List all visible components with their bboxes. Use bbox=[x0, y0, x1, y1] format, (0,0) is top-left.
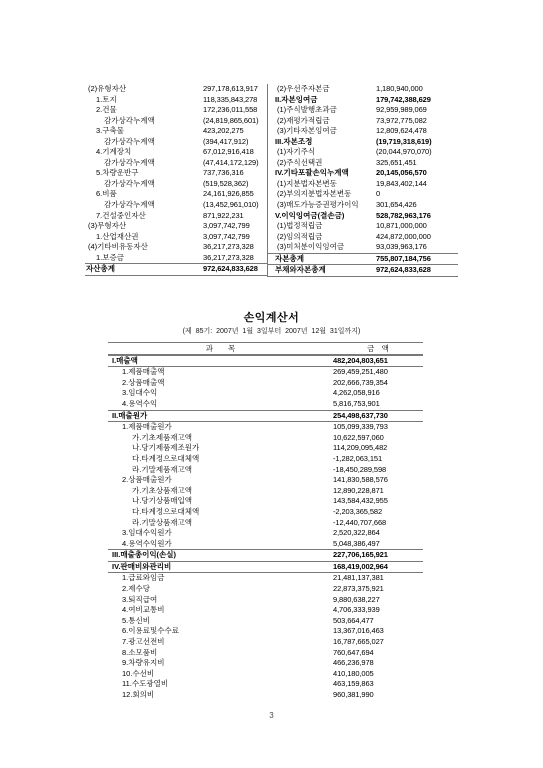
assets-account-label: 6.비품 bbox=[85, 189, 203, 200]
equity-row: (1)주식발행초과금92,959,989,069 bbox=[268, 105, 458, 116]
equity-amount: 93,039,963,176 bbox=[376, 242, 458, 253]
equity-row: (3)기타자본잉여금12,809,624,478 bbox=[268, 126, 458, 137]
income-amount: 202,666,739,354 bbox=[333, 378, 423, 389]
income-account-label: 2.제수당 bbox=[108, 584, 333, 595]
income-account-label: 5.통신비 bbox=[108, 616, 333, 627]
income-account-label: 다.타계정으로대체액 bbox=[108, 454, 333, 465]
income-statement-title: 손익계산서 bbox=[0, 309, 543, 325]
column-header-amount: 금 액 bbox=[333, 343, 423, 354]
assets-row: 3.구축물423,202,275 bbox=[85, 126, 267, 137]
income-amount: 466,236,978 bbox=[333, 658, 423, 669]
income-account-label: 10.수선비 bbox=[108, 669, 333, 680]
income-row: 9.차량유지비466,236,978 bbox=[108, 658, 423, 669]
assets-row: 5.차량운반구737,736,316 bbox=[85, 168, 267, 179]
assets-amount: 297,178,613,917 bbox=[203, 84, 267, 95]
equity-account-label: (1)자기주식 bbox=[274, 147, 376, 158]
equity-amount: 325,651,451 bbox=[376, 158, 458, 169]
equity-row: 부채와자본총계972,624,833,628 bbox=[268, 264, 458, 277]
income-statement-table: 과 목 금 액 I.매출액482,204,803,6511.제품매출액269,4… bbox=[108, 342, 423, 701]
equity-account-label: (2)부의지분법자본변동 bbox=[274, 189, 376, 200]
assets-row: 2.건물172,236,011,558 bbox=[85, 105, 267, 116]
assets-account-label: (2)유형자산 bbox=[85, 84, 203, 95]
assets-amount: (519,528,362) bbox=[203, 179, 267, 190]
income-amount: -1,282,063,151 bbox=[333, 454, 423, 465]
assets-account-label: 감가상각누계액 bbox=[85, 137, 203, 148]
income-amount: 269,459,251,480 bbox=[333, 367, 423, 378]
equity-account-label: 자본총계 bbox=[274, 254, 376, 265]
equity-row: (1)자기주식(20,044,970,070) bbox=[268, 147, 458, 158]
income-account-label: 2.상품매출원가 bbox=[108, 475, 333, 486]
income-row: 2.상품매출원가141,830,588,576 bbox=[108, 475, 423, 486]
assets-amount: 972,624,833,628 bbox=[203, 264, 267, 275]
assets-account-label: (4)기타비유동자산 bbox=[85, 242, 203, 253]
equity-amount: 755,807,184,756 bbox=[376, 254, 458, 265]
assets-row: 1.토지118,335,843,278 bbox=[85, 95, 267, 106]
income-row: 3.임대수익4,262,058,916 bbox=[108, 388, 423, 399]
income-account-label: III.매출총이익(손실) bbox=[108, 550, 333, 561]
equity-account-label: (2)임의적립금 bbox=[274, 232, 376, 243]
income-account-label: 8.소모품비 bbox=[108, 648, 333, 659]
equity-amount: 424,872,000,000 bbox=[376, 232, 458, 243]
income-row: 5.통신비503,664,477 bbox=[108, 616, 423, 627]
assets-amount: (24,819,865,601) bbox=[203, 116, 267, 127]
assets-row: 감가상각누계액(519,528,362) bbox=[85, 179, 267, 190]
assets-amount: 737,736,316 bbox=[203, 168, 267, 179]
income-account-label: I.매출액 bbox=[108, 356, 333, 367]
column-header-subject: 과 목 bbox=[108, 343, 333, 354]
equity-row: II.자본잉여금179,742,388,629 bbox=[268, 95, 458, 106]
assets-account-label: 1.산업재산권 bbox=[85, 232, 203, 243]
page-number: 3 bbox=[0, 711, 543, 720]
income-account-label: 11.수도광열비 bbox=[108, 679, 333, 690]
income-amount: -12,440,707,668 bbox=[333, 518, 423, 529]
income-account-label: 나.당기상품매입액 bbox=[108, 496, 333, 507]
income-amount: 143,584,432,955 bbox=[333, 496, 423, 507]
income-row: 7.광고선전비16,787,665,027 bbox=[108, 637, 423, 648]
income-amount: 141,830,588,576 bbox=[333, 475, 423, 486]
equity-account-label: (3)미처분이익잉여금 bbox=[274, 242, 376, 253]
income-account-label: 가.기초상품재고액 bbox=[108, 486, 333, 497]
income-account-label: 1.제품매출원가 bbox=[108, 422, 333, 433]
income-amount: 21,481,137,381 bbox=[333, 573, 423, 584]
balance-sheet-equity-column: (2)우선주자본금1,180,940,000II.자본잉여금179,742,38… bbox=[268, 84, 458, 277]
assets-account-label: 감가상각누계액 bbox=[85, 116, 203, 127]
assets-row: 자산총계972,624,833,628 bbox=[85, 263, 267, 276]
assets-amount: 67,012,916,418 bbox=[203, 147, 267, 158]
equity-amount: 179,742,388,629 bbox=[376, 95, 458, 106]
equity-amount: 73,972,775,082 bbox=[376, 116, 458, 127]
income-amount: 105,099,339,793 bbox=[333, 422, 423, 433]
income-amount: 410,180,005 bbox=[333, 669, 423, 680]
income-account-label: 4.용역수익 bbox=[108, 399, 333, 410]
assets-account-label: 3.구축물 bbox=[85, 126, 203, 137]
equity-amount: 12,809,624,478 bbox=[376, 126, 458, 137]
equity-amount: 92,959,989,069 bbox=[376, 105, 458, 116]
income-row: 가.기초상품재고액12,890,228,871 bbox=[108, 486, 423, 497]
equity-account-label: (2)우선주자본금 bbox=[274, 84, 376, 95]
equity-amount: 1,180,940,000 bbox=[376, 84, 458, 95]
income-account-label: 나.당기제품제조원가 bbox=[108, 443, 333, 454]
income-account-label: 라.기말제품재고액 bbox=[108, 465, 333, 476]
income-row: 3.임대수익원가2,520,322,864 bbox=[108, 528, 423, 539]
income-statement-period: (제 85기: 2007년 1월 3일부터 2007년 12월 31일까지) bbox=[0, 326, 543, 336]
income-row: 가.기초제품재고액10,622,597,060 bbox=[108, 433, 423, 444]
income-amount: 463,159,863 bbox=[333, 679, 423, 690]
income-amount: 12,890,228,871 bbox=[333, 486, 423, 497]
income-row: 4.용역수익원가5,048,386,497 bbox=[108, 539, 423, 550]
assets-row: 4.기계장치67,012,916,418 bbox=[85, 147, 267, 158]
assets-row: 감가상각누계액(24,819,865,601) bbox=[85, 116, 267, 127]
income-account-label: 2.상품매출액 bbox=[108, 378, 333, 389]
assets-amount: 36,217,273,328 bbox=[203, 242, 267, 253]
income-amount: 2,520,322,864 bbox=[333, 528, 423, 539]
income-amount: 16,787,665,027 bbox=[333, 637, 423, 648]
equity-amount: 972,624,833,628 bbox=[376, 265, 458, 276]
income-row: 2.상품매출액202,666,739,354 bbox=[108, 378, 423, 389]
income-amount: 227,706,165,921 bbox=[333, 550, 423, 561]
income-row: 라.기말상품재고액-12,440,707,668 bbox=[108, 518, 423, 529]
income-amount: 760,647,694 bbox=[333, 648, 423, 659]
equity-row: (2)주식선택권325,651,451 bbox=[268, 158, 458, 169]
income-row: 1.급료와임금21,481,137,381 bbox=[108, 572, 423, 584]
income-row: 다.타계정으로대체액-1,282,063,151 bbox=[108, 454, 423, 465]
assets-amount: 24,161,926,855 bbox=[203, 189, 267, 200]
income-row: 3.퇴직급여9,880,638,227 bbox=[108, 595, 423, 606]
assets-row: 감가상각누계액(394,417,912) bbox=[85, 137, 267, 148]
income-row: 8.소모품비760,647,694 bbox=[108, 648, 423, 659]
assets-account-label: 감가상각누계액 bbox=[85, 200, 203, 211]
equity-account-label: (3)기타자본잉여금 bbox=[274, 126, 376, 137]
equity-row: (3)매도가능증권평가이익301,654,426 bbox=[268, 200, 458, 211]
income-row: 6.이용료및수수료13,367,016,463 bbox=[108, 626, 423, 637]
income-row: 나.당기제품제조원가114,209,095,482 bbox=[108, 443, 423, 454]
income-amount: 254,498,637,730 bbox=[333, 411, 423, 422]
income-amount: 22,873,375,921 bbox=[333, 584, 423, 595]
equity-row: (2)임의적립금424,872,000,000 bbox=[268, 232, 458, 243]
equity-amount: 19,843,402,144 bbox=[376, 179, 458, 190]
assets-amount: 118,335,843,278 bbox=[203, 95, 267, 106]
assets-row: 1.보증금36,217,273,328 bbox=[85, 253, 267, 264]
assets-amount: 3,097,742,799 bbox=[203, 232, 267, 243]
equity-row: IV.기타포괄손익누계액20,145,056,570 bbox=[268, 168, 458, 179]
income-account-label: 6.이용료및수수료 bbox=[108, 626, 333, 637]
income-row: II.매출원가254,498,637,730 bbox=[108, 410, 423, 422]
income-row: 10.수선비410,180,005 bbox=[108, 669, 423, 680]
income-row: 나.당기상품매입액143,584,432,955 bbox=[108, 496, 423, 507]
income-amount: 114,209,095,482 bbox=[333, 443, 423, 454]
document-page: (2)유형자산297,178,613,9171.토지118,335,843,27… bbox=[0, 0, 543, 768]
income-account-label: 라.기말상품재고액 bbox=[108, 518, 333, 529]
equity-amount: 0 bbox=[376, 189, 458, 200]
equity-amount: (20,044,970,070) bbox=[376, 147, 458, 158]
equity-row: (3)미처분이익잉여금93,039,963,176 bbox=[268, 242, 458, 253]
income-amount: -18,450,289,598 bbox=[333, 465, 423, 476]
equity-amount: 20,145,056,570 bbox=[376, 168, 458, 179]
income-account-label: 4.용역수익원가 bbox=[108, 539, 333, 550]
income-row: I.매출액482,204,803,651 bbox=[108, 355, 423, 367]
equity-account-label: 부채와자본총계 bbox=[274, 265, 376, 276]
assets-amount: 3,097,742,799 bbox=[203, 221, 267, 232]
income-account-label: IV.판매비와관리비 bbox=[108, 562, 333, 573]
equity-row: (1)법정적립금10,871,000,000 bbox=[268, 221, 458, 232]
income-amount: 168,419,002,964 bbox=[333, 562, 423, 573]
assets-account-label: 감가상각누계액 bbox=[85, 179, 203, 190]
equity-amount: 301,654,426 bbox=[376, 200, 458, 211]
income-account-label: 3.임대수익 bbox=[108, 388, 333, 399]
assets-row: 6.비품24,161,926,855 bbox=[85, 189, 267, 200]
income-account-label: II.매출원가 bbox=[108, 411, 333, 422]
income-account-label: 가.기초제품재고액 bbox=[108, 433, 333, 444]
income-account-label: 3.퇴직급여 bbox=[108, 595, 333, 606]
income-amount: 5,048,386,497 bbox=[333, 539, 423, 550]
equity-account-label: II.자본잉여금 bbox=[274, 95, 376, 106]
income-row: 11.수도광열비463,159,863 bbox=[108, 679, 423, 690]
assets-account-label: 5.차량운반구 bbox=[85, 168, 203, 179]
assets-account-label: 자산총계 bbox=[85, 264, 203, 275]
income-amount: 482,204,803,651 bbox=[333, 356, 423, 367]
equity-account-label: IV.기타포괄손익누계액 bbox=[274, 168, 376, 179]
income-row: 2.제수당22,873,375,921 bbox=[108, 584, 423, 595]
income-amount: 4,262,058,916 bbox=[333, 388, 423, 399]
income-statement-rows: I.매출액482,204,803,6511.제품매출액269,459,251,4… bbox=[108, 355, 423, 701]
assets-row: (4)기타비유동자산36,217,273,328 bbox=[85, 242, 267, 253]
equity-account-label: (2)재평가적립금 bbox=[274, 116, 376, 127]
equity-amount: 10,871,000,000 bbox=[376, 221, 458, 232]
income-account-label: 1.급료와임금 bbox=[108, 573, 333, 584]
assets-row: 감가상각누계액(13,452,961,010) bbox=[85, 200, 267, 211]
assets-amount: 172,236,011,558 bbox=[203, 105, 267, 116]
income-row: III.매출총이익(손실)227,706,165,921 bbox=[108, 549, 423, 561]
equity-row: (2)부의지분법자본변동0 bbox=[268, 189, 458, 200]
equity-account-label: V.이익잉여금(결손금) bbox=[274, 211, 376, 222]
income-row: 다.타계정으로대체액-2,203,365,582 bbox=[108, 507, 423, 518]
equity-row: V.이익잉여금(결손금)528,782,963,176 bbox=[268, 211, 458, 222]
assets-account-label: 4.기계장치 bbox=[85, 147, 203, 158]
assets-account-label: 2.건물 bbox=[85, 105, 203, 116]
income-row: IV.판매비와관리비168,419,002,964 bbox=[108, 561, 423, 573]
income-amount: 9,880,638,227 bbox=[333, 595, 423, 606]
assets-amount: (47,414,172,129) bbox=[203, 158, 267, 169]
income-statement-header-row: 과 목 금 액 bbox=[108, 343, 423, 355]
assets-row: (3)무형자산3,097,742,799 bbox=[85, 221, 267, 232]
equity-account-label: (1)법정적립금 bbox=[274, 221, 376, 232]
income-account-label: 7.광고선전비 bbox=[108, 637, 333, 648]
income-amount: 5,816,753,901 bbox=[333, 399, 423, 410]
equity-account-label: (1)주식발행초과금 bbox=[274, 105, 376, 116]
income-account-label: 다.타계정으로대체액 bbox=[108, 507, 333, 518]
income-amount: 10,622,597,060 bbox=[333, 433, 423, 444]
assets-row: 1.산업재산권3,097,742,799 bbox=[85, 232, 267, 243]
equity-account-label: (1)지분법자본변동 bbox=[274, 179, 376, 190]
equity-amount: 528,782,963,176 bbox=[376, 211, 458, 222]
assets-row: 감가상각누계액(47,414,172,129) bbox=[85, 158, 267, 169]
assets-account-label: 1.토지 bbox=[85, 95, 203, 106]
income-row: 4.용역수익5,816,753,901 bbox=[108, 399, 423, 410]
income-account-label: 1.제품매출액 bbox=[108, 367, 333, 378]
income-amount: 960,381,990 bbox=[333, 690, 423, 701]
balance-sheet-assets-column: (2)유형자산297,178,613,9171.토지118,335,843,27… bbox=[85, 84, 268, 277]
income-account-label: 3.임대수익원가 bbox=[108, 528, 333, 539]
assets-amount: 423,202,275 bbox=[203, 126, 267, 137]
income-account-label: 9.차량유지비 bbox=[108, 658, 333, 669]
equity-row: (1)지분법자본변동19,843,402,144 bbox=[268, 179, 458, 190]
assets-account-label: (3)무형자산 bbox=[85, 221, 203, 232]
income-amount: 503,664,477 bbox=[333, 616, 423, 627]
equity-account-label: (3)매도가능증권평가이익 bbox=[274, 200, 376, 211]
equity-row: (2)재평가적립금73,972,775,082 bbox=[268, 116, 458, 127]
equity-row: (2)우선주자본금1,180,940,000 bbox=[268, 84, 458, 95]
equity-row: 자본총계755,807,184,756 bbox=[268, 253, 458, 265]
assets-account-label: 감가상각누계액 bbox=[85, 158, 203, 169]
assets-account-label: 1.보증금 bbox=[85, 253, 203, 264]
income-row: 4.여비교통비4,706,333,939 bbox=[108, 605, 423, 616]
assets-amount: 36,217,273,328 bbox=[203, 253, 267, 264]
assets-amount: 871,922,231 bbox=[203, 211, 267, 222]
income-row: 1.제품매출원가105,099,339,793 bbox=[108, 421, 423, 433]
income-amount: 4,706,333,939 bbox=[333, 605, 423, 616]
assets-amount: (394,417,912) bbox=[203, 137, 267, 148]
income-row: 12.회의비960,381,990 bbox=[108, 690, 423, 701]
equity-account-label: III.자본조정 bbox=[274, 137, 376, 148]
income-account-label: 4.여비교통비 bbox=[108, 605, 333, 616]
equity-row: III.자본조정(19,719,318,619) bbox=[268, 137, 458, 148]
income-amount: 13,367,016,463 bbox=[333, 626, 423, 637]
assets-row: (2)유형자산297,178,613,917 bbox=[85, 84, 267, 95]
income-row: 1.제품매출액269,459,251,480 bbox=[108, 366, 423, 378]
income-account-label: 12.회의비 bbox=[108, 690, 333, 701]
balance-sheet-section: (2)유형자산297,178,613,9171.토지118,335,843,27… bbox=[85, 84, 458, 277]
assets-row: 7.건설중인자산871,922,231 bbox=[85, 211, 267, 222]
income-row: 라.기말제품재고액-18,450,289,598 bbox=[108, 465, 423, 476]
equity-amount: (19,719,318,619) bbox=[376, 137, 458, 148]
assets-account-label: 7.건설중인자산 bbox=[85, 211, 203, 222]
equity-account-label: (2)주식선택권 bbox=[274, 158, 376, 169]
income-amount: -2,203,365,582 bbox=[333, 507, 423, 518]
assets-amount: (13,452,961,010) bbox=[203, 200, 267, 211]
